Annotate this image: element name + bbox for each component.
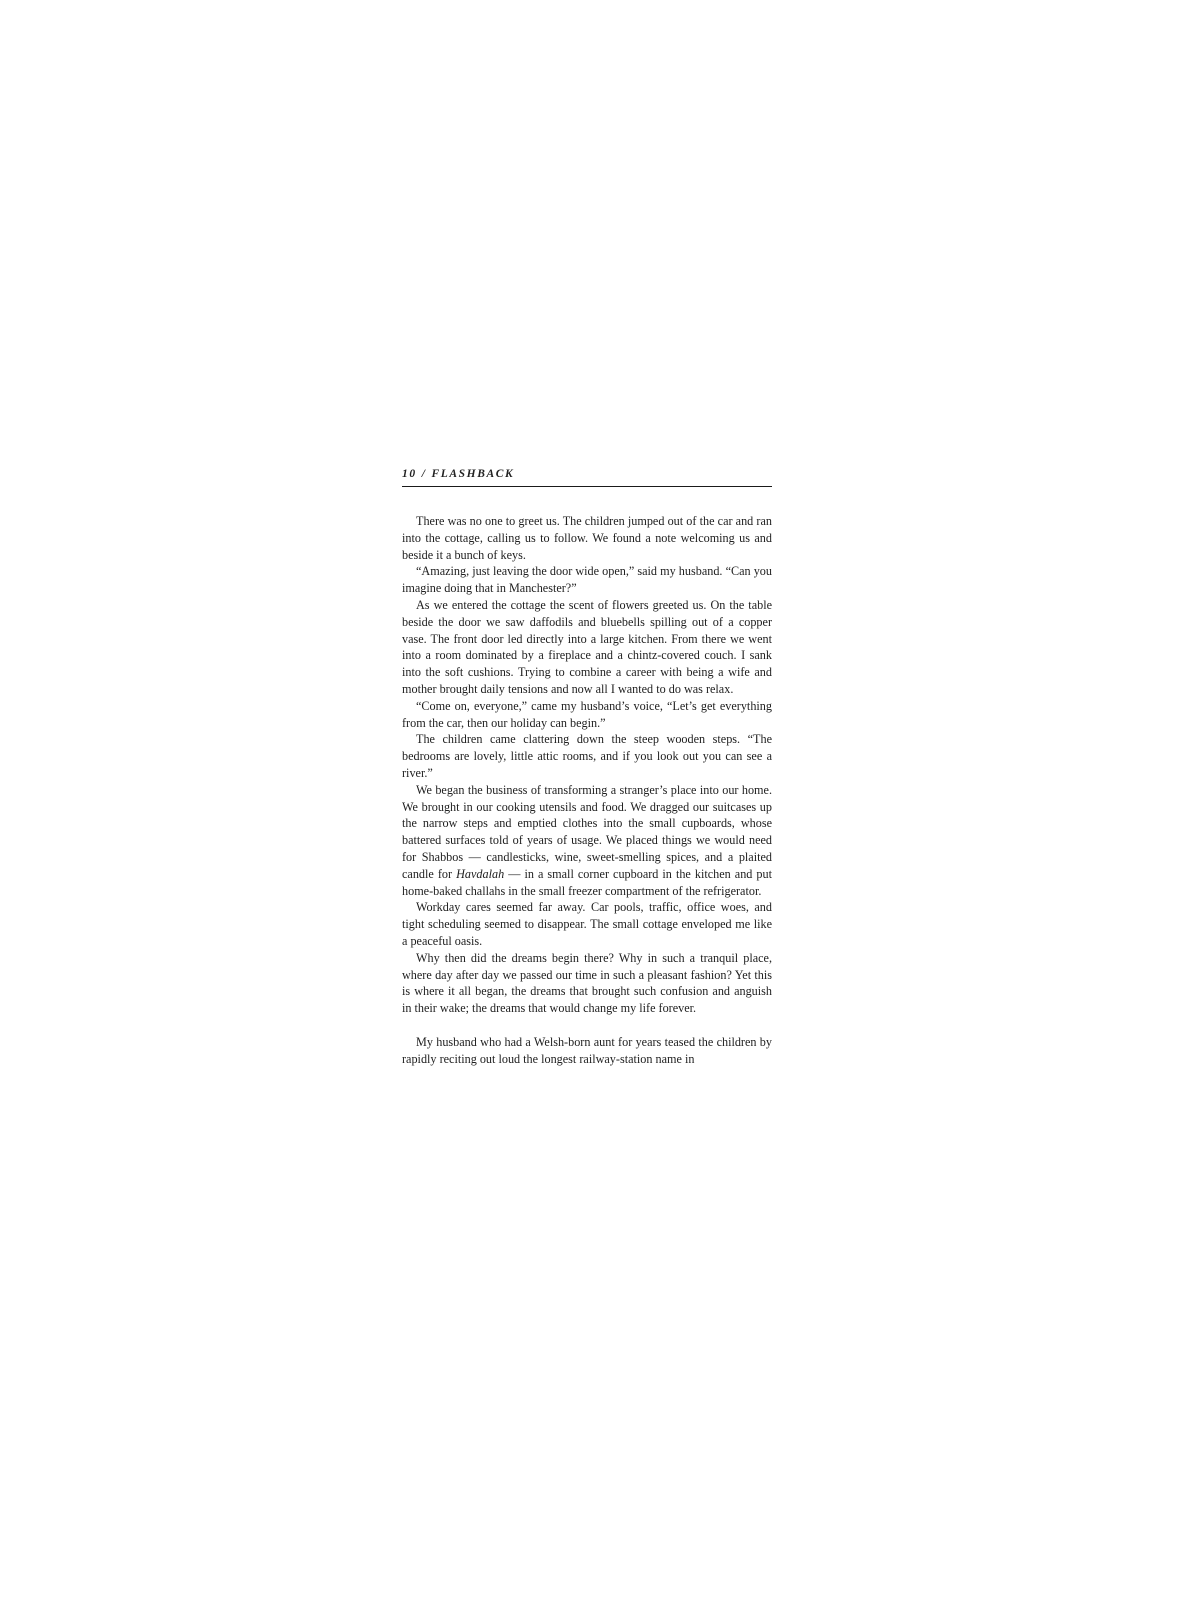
paragraph: The children came clattering down the st… [402,731,772,781]
paragraph: As we entered the cottage the scent of f… [402,597,772,698]
paragraph: “Amazing, just leaving the door wide ope… [402,563,772,597]
header-rule [402,486,772,487]
running-head-separator: / [422,466,427,482]
paragraph: Workday cares seemed far away. Car pools… [402,899,772,949]
running-head: 10 / FLASHBACK [402,466,772,482]
book-page: 10 / FLASHBACK There was no one to greet… [402,466,772,1067]
paragraph: We began the business of transforming a … [402,782,772,900]
paragraph: There was no one to greet us. The childr… [402,513,772,563]
body-text: There was no one to greet us. The childr… [402,513,772,1067]
paragraph: “Come on, everyone,” came my husband’s v… [402,698,772,732]
paragraph: Why then did the dreams begin there? Why… [402,950,772,1017]
paragraph-new-section: My husband who had a Welsh-born aunt for… [402,1034,772,1068]
page-number: 10 [402,466,417,482]
emphasized-term: Havdalah [456,867,504,881]
running-head-title: FLASHBACK [432,466,515,482]
